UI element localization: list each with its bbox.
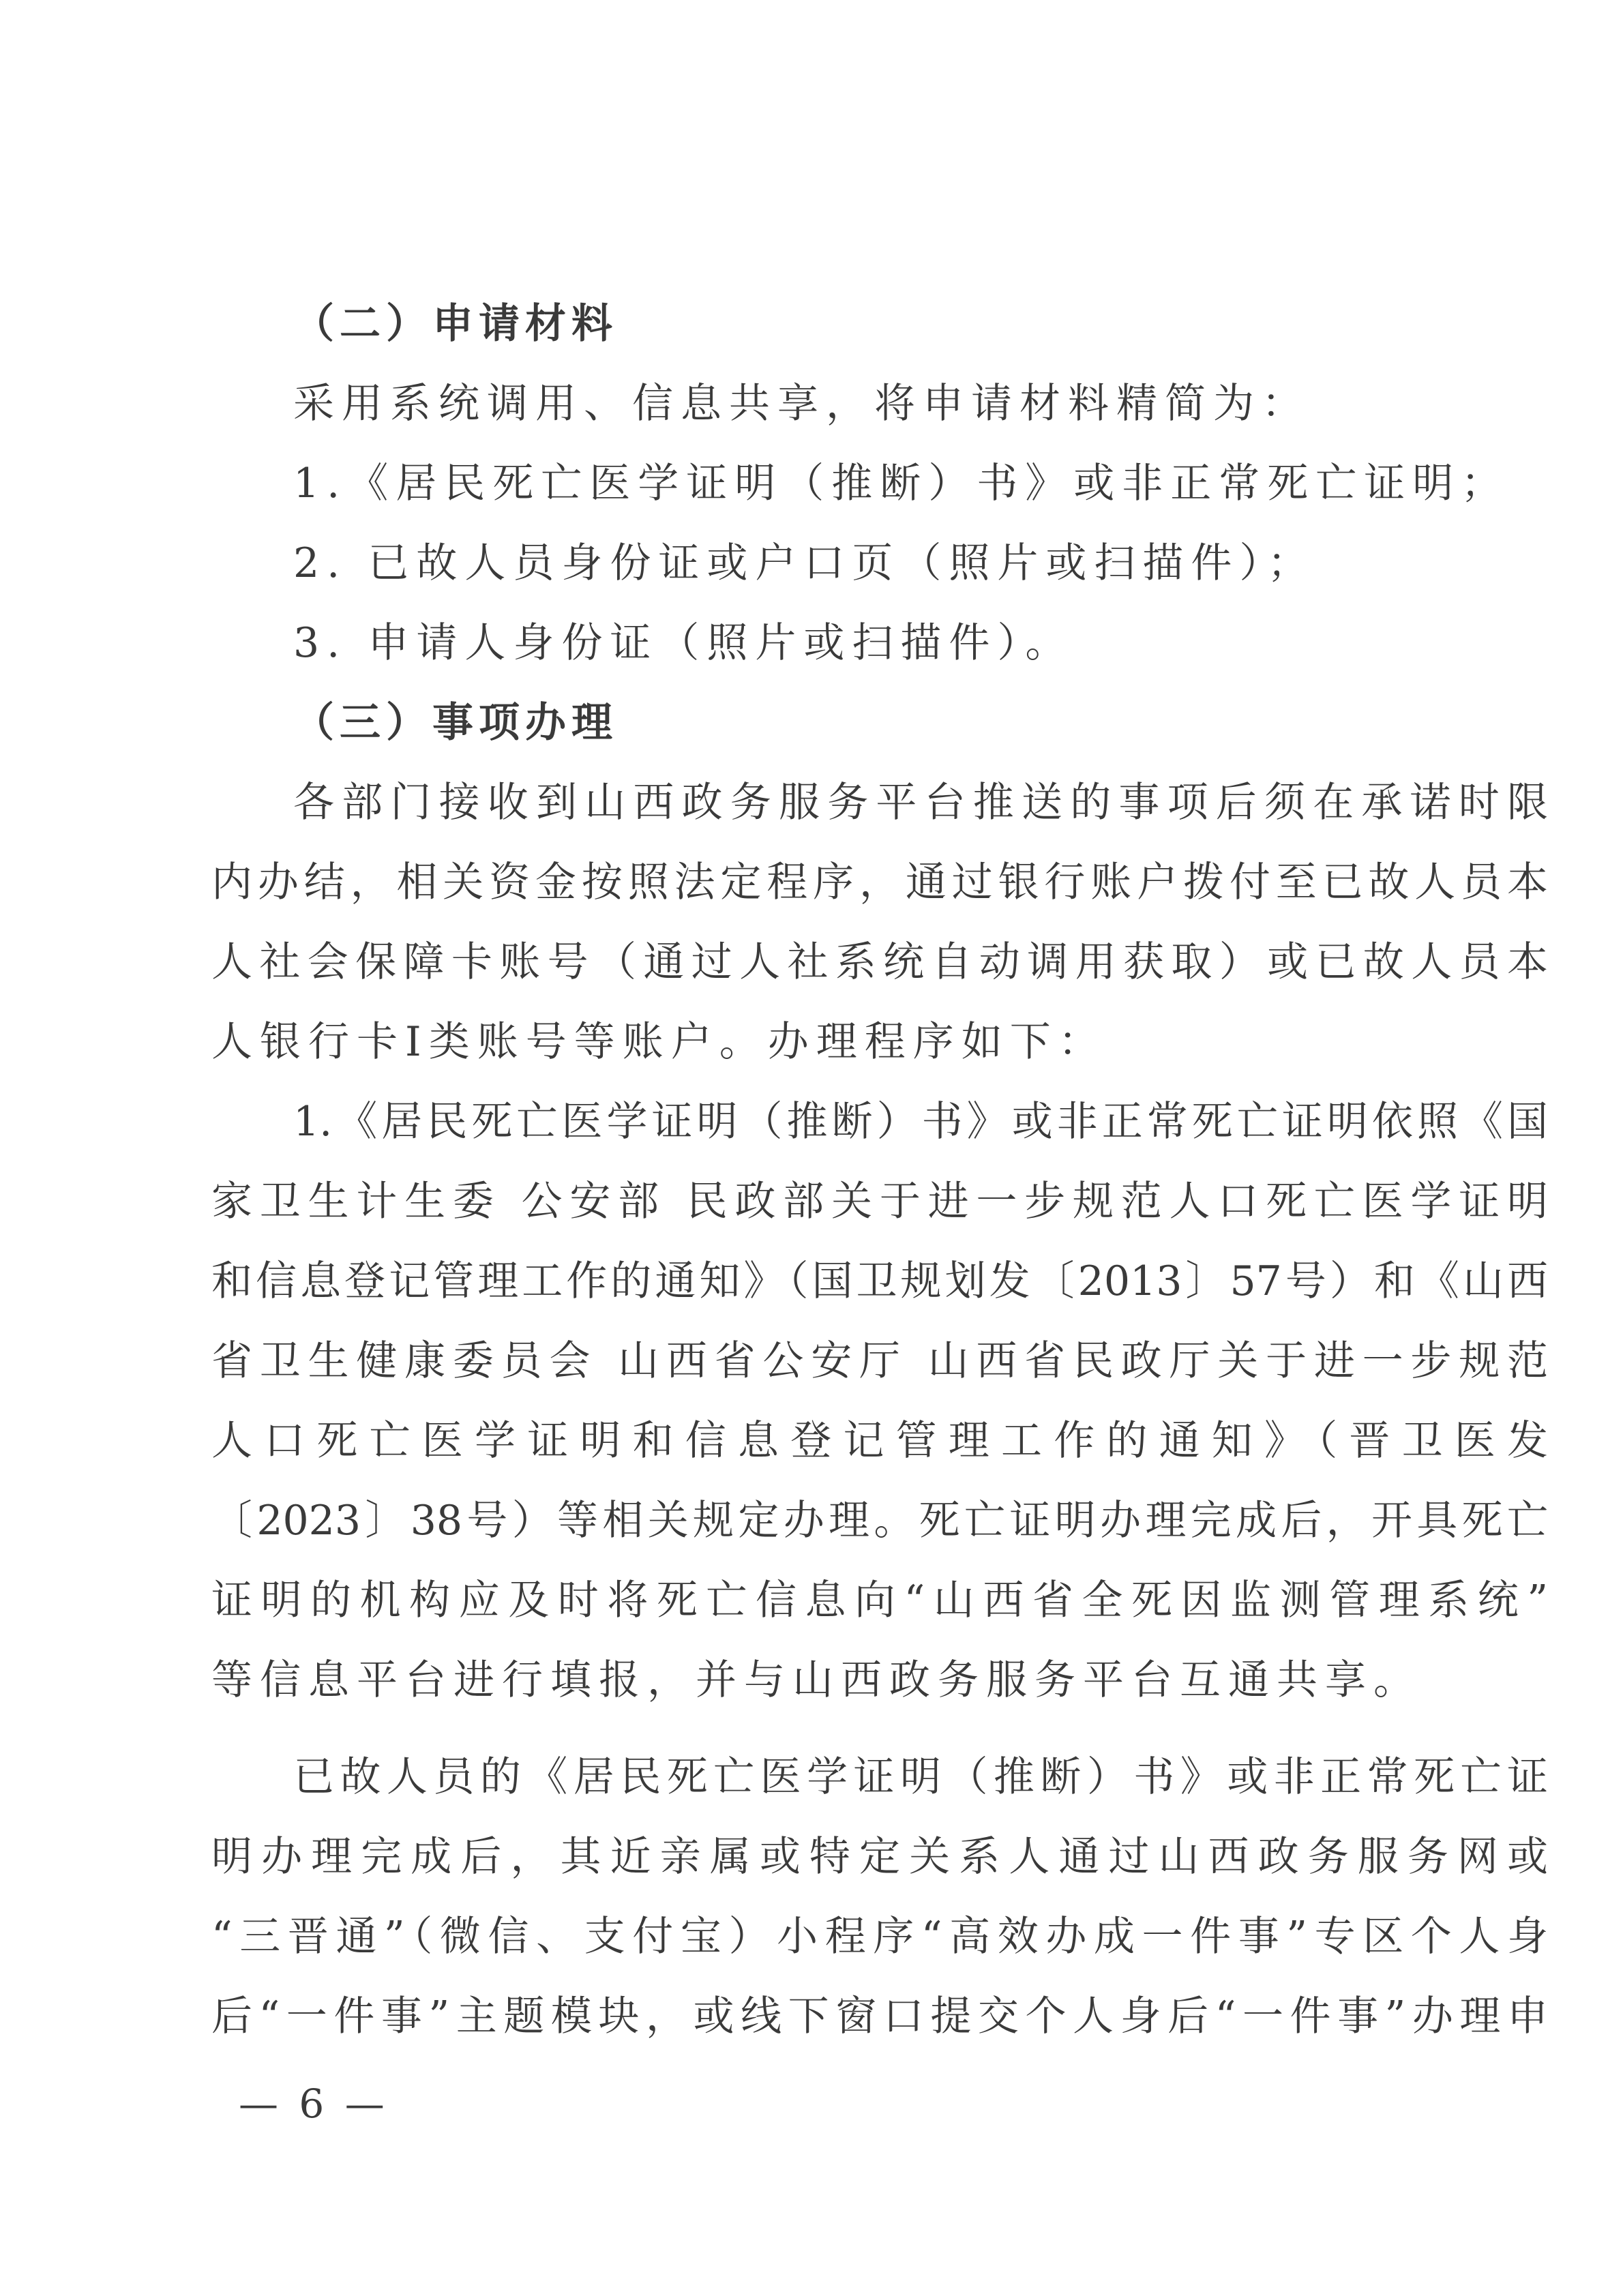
paragraph-line: 内办结，相关资金按照法定程序，通过银行账户拨付至已故人员本 [211,859,1548,906]
paragraph-line: 后“一件事”主题模块，或线下窗口提交个人身后“一件事”办理申 [211,1993,1548,2040]
paragraph-line: 各部门接收到山西政务服务平台推送的事项后须在承诺时限 [293,779,1548,826]
paragraph-line: 采用系统调用、信息共享，将申请材料精简为： [293,380,1623,428]
paragraph-line: 证明的机构应及时将死亡信息向“山西省全死因监测管理系统” [211,1577,1548,1624]
document-page: （二）申请材料 采用系统调用、信息共享，将申请材料精简为： 1.《居民死亡医学证… [0,0,1623,2296]
paragraph-line: 省卫生健康委员会 山西省公安厅 山西省民政厅关于进一步规范 [211,1337,1548,1385]
paragraph-line: 人银行卡Ⅰ类账号等账户。办理程序如下： [211,1018,1548,1066]
list-item-3: 3. 申请人身份证（照片或扫描件）。 [293,619,1623,667]
paragraph-line: 人社会保障卡账号（通过人社系统自动调用获取）或已故人员本 [211,938,1548,986]
list-item-1: 1.《居民死亡医学证明（推断）书》或非正常死亡证明； [293,460,1623,507]
list-item-2: 2. 已故人员身份证或户口页（照片或扫描件）； [293,539,1623,587]
paragraph-line: 和信息登记管理工作的通知》（国卫规划发〔2013〕57号）和《山西 [211,1257,1548,1305]
paragraph-line: 家卫生计生委 公安部 民政部关于进一步规范人口死亡医学证明 [211,1178,1548,1225]
section-heading-application-materials: （二）申请材料 [293,300,1623,348]
paragraph-line: 已故人员的《居民死亡医学证明（推断）书》或非正常死亡证 [293,1753,1548,1801]
paragraph-line: “三晋通”（微信、支付宝）小程序“高效办成一件事”专区个人身 [211,1913,1548,1960]
paragraph-line: 明办理完成后，其近亲属或特定关系人通过山西政务服务网或 [211,1833,1548,1881]
paragraph-line: 1.《居民死亡医学证明（推断）书》或非正常死亡证明依照《国 [293,1098,1548,1146]
paragraph-line: 〔2023〕38号）等相关规定办理。死亡证明办理完成后，开具死亡 [211,1497,1548,1545]
page-number: — 6 — [239,2080,389,2128]
paragraph-line: 等信息平台进行填报，并与山西政务服务平台互通共享。 [211,1656,1548,1704]
paragraph-line: 人口死亡医学证明和信息登记管理工作的通知》（晋卫医发 [211,1417,1548,1465]
section-heading-processing: （三）事项办理 [293,699,1623,747]
